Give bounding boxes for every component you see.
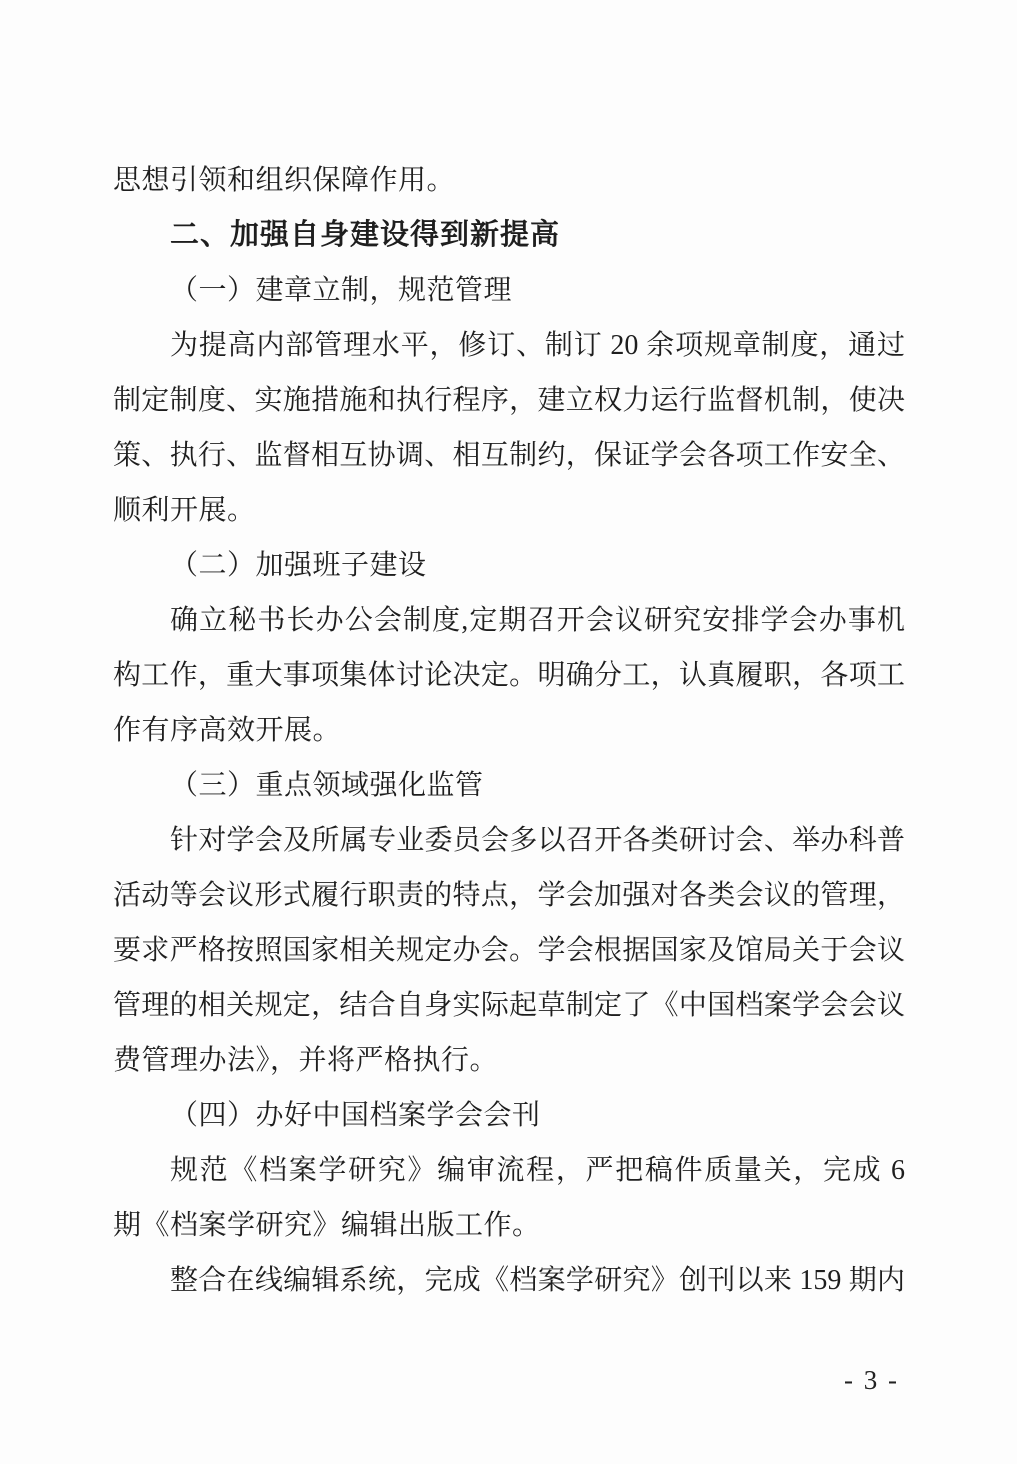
section-heading: 二、加强自身建设得到新提高 (113, 208, 905, 263)
paragraph-line: 为提高内部管理水平，修订、制订 20 余项规章制度，通过 (113, 318, 905, 373)
paragraph-line: 思想引领和组织保障作用。 (113, 153, 905, 208)
document-page: 思想引领和组织保障作用。 二、加强自身建设得到新提高 （一）建章立制，规范管理 … (0, 0, 1017, 1464)
paragraph-line: 针对学会及所属专业委员会多以召开各类研讨会、举办科普 (113, 813, 905, 868)
paragraph-line: 要求严格按照国家相关规定办会。学会根据国家及馆局关于会议 (113, 923, 905, 978)
document-body: 思想引领和组织保障作用。 二、加强自身建设得到新提高 （一）建章立制，规范管理 … (113, 153, 905, 1308)
subsection-heading: （一）建章立制，规范管理 (113, 263, 905, 318)
paragraph-line: 期《档案学研究》编辑出版工作。 (113, 1198, 905, 1253)
paragraph-line: 作有序高效开展。 (113, 703, 905, 758)
paragraph-line: 确立秘书长办公会制度,定期召开会议研究安排学会办事机 (113, 593, 905, 648)
paragraph-line: 整合在线编辑系统，完成《档案学研究》创刊以来 159 期内 (113, 1253, 905, 1308)
subsection-heading: （四）办好中国档案学会会刊 (113, 1088, 905, 1143)
paragraph-line: 制定制度、实施措施和执行程序，建立权力运行监督机制，使决 (113, 373, 905, 428)
paragraph-line: 顺利开展。 (113, 483, 905, 538)
subsection-heading: （二）加强班子建设 (113, 538, 905, 593)
subsection-heading: （三）重点领域强化监管 (113, 758, 905, 813)
paragraph-line: 构工作，重大事项集体讨论决定。明确分工，认真履职，各项工 (113, 648, 905, 703)
page-number: - 3 - (844, 1365, 899, 1396)
paragraph-line: 管理的相关规定，结合自身实际起草制定了《中国档案学会会议 (113, 978, 905, 1033)
paragraph-line: 策、执行、监督相互协调、相互制约，保证学会各项工作安全、 (113, 428, 905, 483)
paragraph-line: 规范《档案学研究》编审流程，严把稿件质量关，完成 6 (113, 1143, 905, 1198)
paragraph-line: 费管理办法》，并将严格执行。 (113, 1033, 905, 1088)
paragraph-line: 活动等会议形式履行职责的特点，学会加强对各类会议的管理， (113, 868, 905, 923)
